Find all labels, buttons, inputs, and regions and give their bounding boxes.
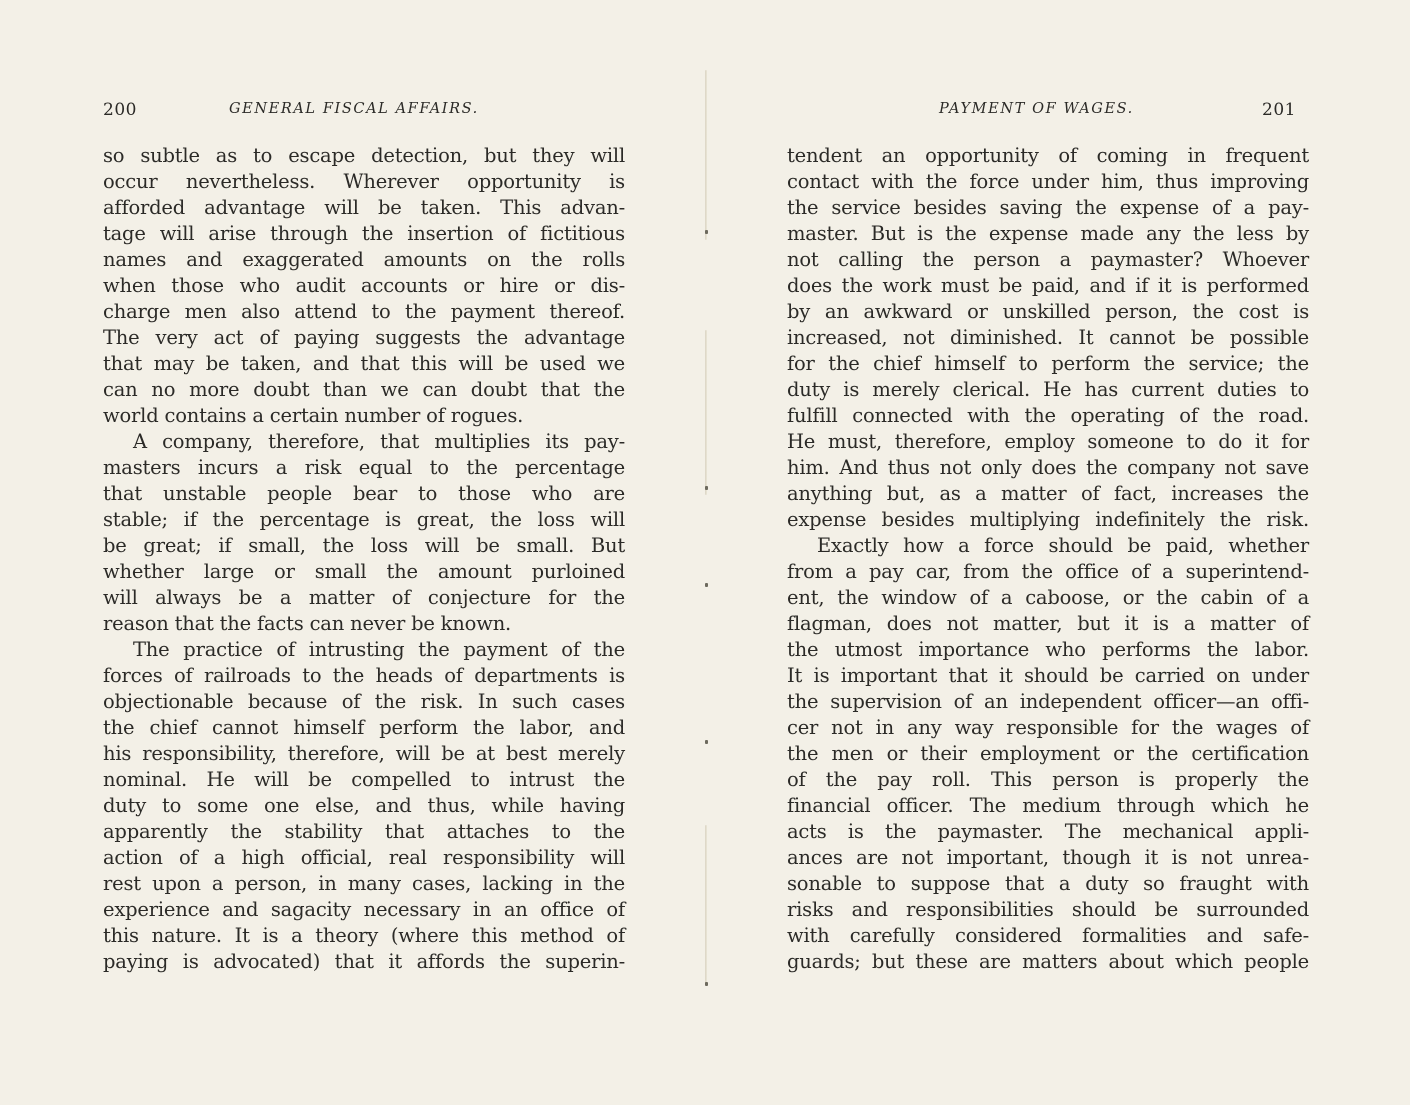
text-line: A company, therefore, that multiplies it… [103, 429, 625, 455]
text-line: that unstable people bear to those who a… [103, 481, 625, 507]
text-line: duty to some one else, and thus, while h… [103, 793, 625, 819]
text-line: him. And thus not only does the company … [787, 455, 1309, 481]
text-line: tendent an opportunity of coming in freq… [787, 143, 1309, 169]
text-line: reason that the facts can never be known… [103, 611, 625, 637]
text-line: cer not in any way responsible for the w… [787, 715, 1309, 741]
text-line: acts is the paymaster. The mechanical ap… [787, 819, 1309, 845]
text-line: expense besides multiplying indefinitely… [787, 507, 1309, 533]
text-line: his responsibility, therefore, will be a… [103, 741, 625, 767]
right-body-text: tendent an opportunity of coming in freq… [787, 143, 1309, 975]
text-line: names and exaggerated amounts on the rol… [103, 247, 625, 273]
text-line: It is important that it should be carrie… [787, 663, 1309, 689]
text-line: experience and sagacity necessary in an … [103, 897, 625, 923]
text-line: be great; if small, the loss will be sma… [103, 533, 625, 559]
text-line: duty is merely clerical. He has current … [787, 377, 1309, 403]
text-line: the utmost importance who performs the l… [787, 637, 1309, 663]
text-line: by an awkward or unskilled person, the c… [787, 299, 1309, 325]
text-line: so subtle as to escape detection, but th… [103, 143, 625, 169]
text-line: will always be a matter of conjecture fo… [103, 585, 625, 611]
text-line: The very act of paying suggests the adva… [103, 325, 625, 351]
text-line: for the chief himself to perform the ser… [787, 351, 1309, 377]
left-running-head: 200 GENERAL FISCAL AFFAIRS. [0, 100, 705, 124]
text-line: apparently the stability that attaches t… [103, 819, 625, 845]
text-line: nominal. He will be compelled to intrust… [103, 767, 625, 793]
text-line: from a pay car, from the office of a sup… [787, 559, 1309, 585]
text-line: ances are not important, though it is no… [787, 845, 1309, 871]
text-line: paying is advocated) that it affords the… [103, 949, 625, 975]
text-line: the chief cannot himself perform the lab… [103, 715, 625, 741]
text-line: charge men also attend to the payment th… [103, 299, 625, 325]
text-line: masters incurs a risk equal to the perce… [103, 455, 625, 481]
running-head-title-right: PAYMENT OF WAGES. [939, 101, 1134, 117]
text-line: flagman, does not matter, but it is a ma… [787, 611, 1309, 637]
text-line: master. But is the expense made any the … [787, 221, 1309, 247]
text-line: that may be taken, and that this will be… [103, 351, 625, 377]
text-line: He must, therefore, employ someone to do… [787, 429, 1309, 455]
text-line: The practice of intrusting the payment o… [103, 637, 625, 663]
page-number-left: 200 [103, 100, 137, 120]
page-number-right: 201 [1262, 100, 1296, 120]
text-line: Exactly how a force should be paid, whet… [787, 533, 1309, 559]
right-running-head: PAYMENT OF WAGES. 201 [705, 100, 1410, 124]
text-line: fulfill connected with the operating of … [787, 403, 1309, 429]
text-line: can no more doubt than we can doubt that… [103, 377, 625, 403]
text-line: not calling the person a paymaster? Whoe… [787, 247, 1309, 273]
text-line: with carefully considered formalities an… [787, 923, 1309, 949]
text-line: the supervision of an independent office… [787, 689, 1309, 715]
text-line: rest upon a person, in many cases, lacki… [103, 871, 625, 897]
text-line: occur nevertheless. Wherever opportunity… [103, 169, 625, 195]
left-body-text: so subtle as to escape detection, but th… [103, 143, 625, 975]
running-head-title-left: GENERAL FISCAL AFFAIRS. [229, 101, 479, 117]
text-line: whether large or small the amount purloi… [103, 559, 625, 585]
text-line: increased, not diminished. It cannot be … [787, 325, 1309, 351]
right-page: PAYMENT OF WAGES. 201 tendent an opportu… [705, 0, 1410, 1105]
text-line: of the pay roll. This person is properly… [787, 767, 1309, 793]
text-line: when those who audit accounts or hire or… [103, 273, 625, 299]
text-line: objectionable because of the risk. In su… [103, 689, 625, 715]
text-line: does the work must be paid, and if it is… [787, 273, 1309, 299]
text-line: guards; but these are matters about whic… [787, 949, 1309, 975]
text-line: contact with the force under him, thus i… [787, 169, 1309, 195]
text-line: this nature. It is a theory (where this … [103, 923, 625, 949]
text-line: tage will arise through the insertion of… [103, 221, 625, 247]
text-line: ent, the window of a caboose, or the cab… [787, 585, 1309, 611]
text-line: anything but, as a matter of fact, incre… [787, 481, 1309, 507]
text-line: forces of railroads to the heads of depa… [103, 663, 625, 689]
left-page: 200 GENERAL FISCAL AFFAIRS. so subtle as… [0, 0, 705, 1105]
text-line: action of a high official, real responsi… [103, 845, 625, 871]
text-line: sonable to suppose that a duty so fraugh… [787, 871, 1309, 897]
text-line: stable; if the percentage is great, the … [103, 507, 625, 533]
text-line: afforded advantage will be taken. This a… [103, 195, 625, 221]
text-line: the service besides saving the expense o… [787, 195, 1309, 221]
text-line: risks and responsibilities should be sur… [787, 897, 1309, 923]
text-line: the men or their employment or the certi… [787, 741, 1309, 767]
text-line: financial officer. The medium through wh… [787, 793, 1309, 819]
text-line: world contains a certain number of rogue… [103, 403, 625, 429]
